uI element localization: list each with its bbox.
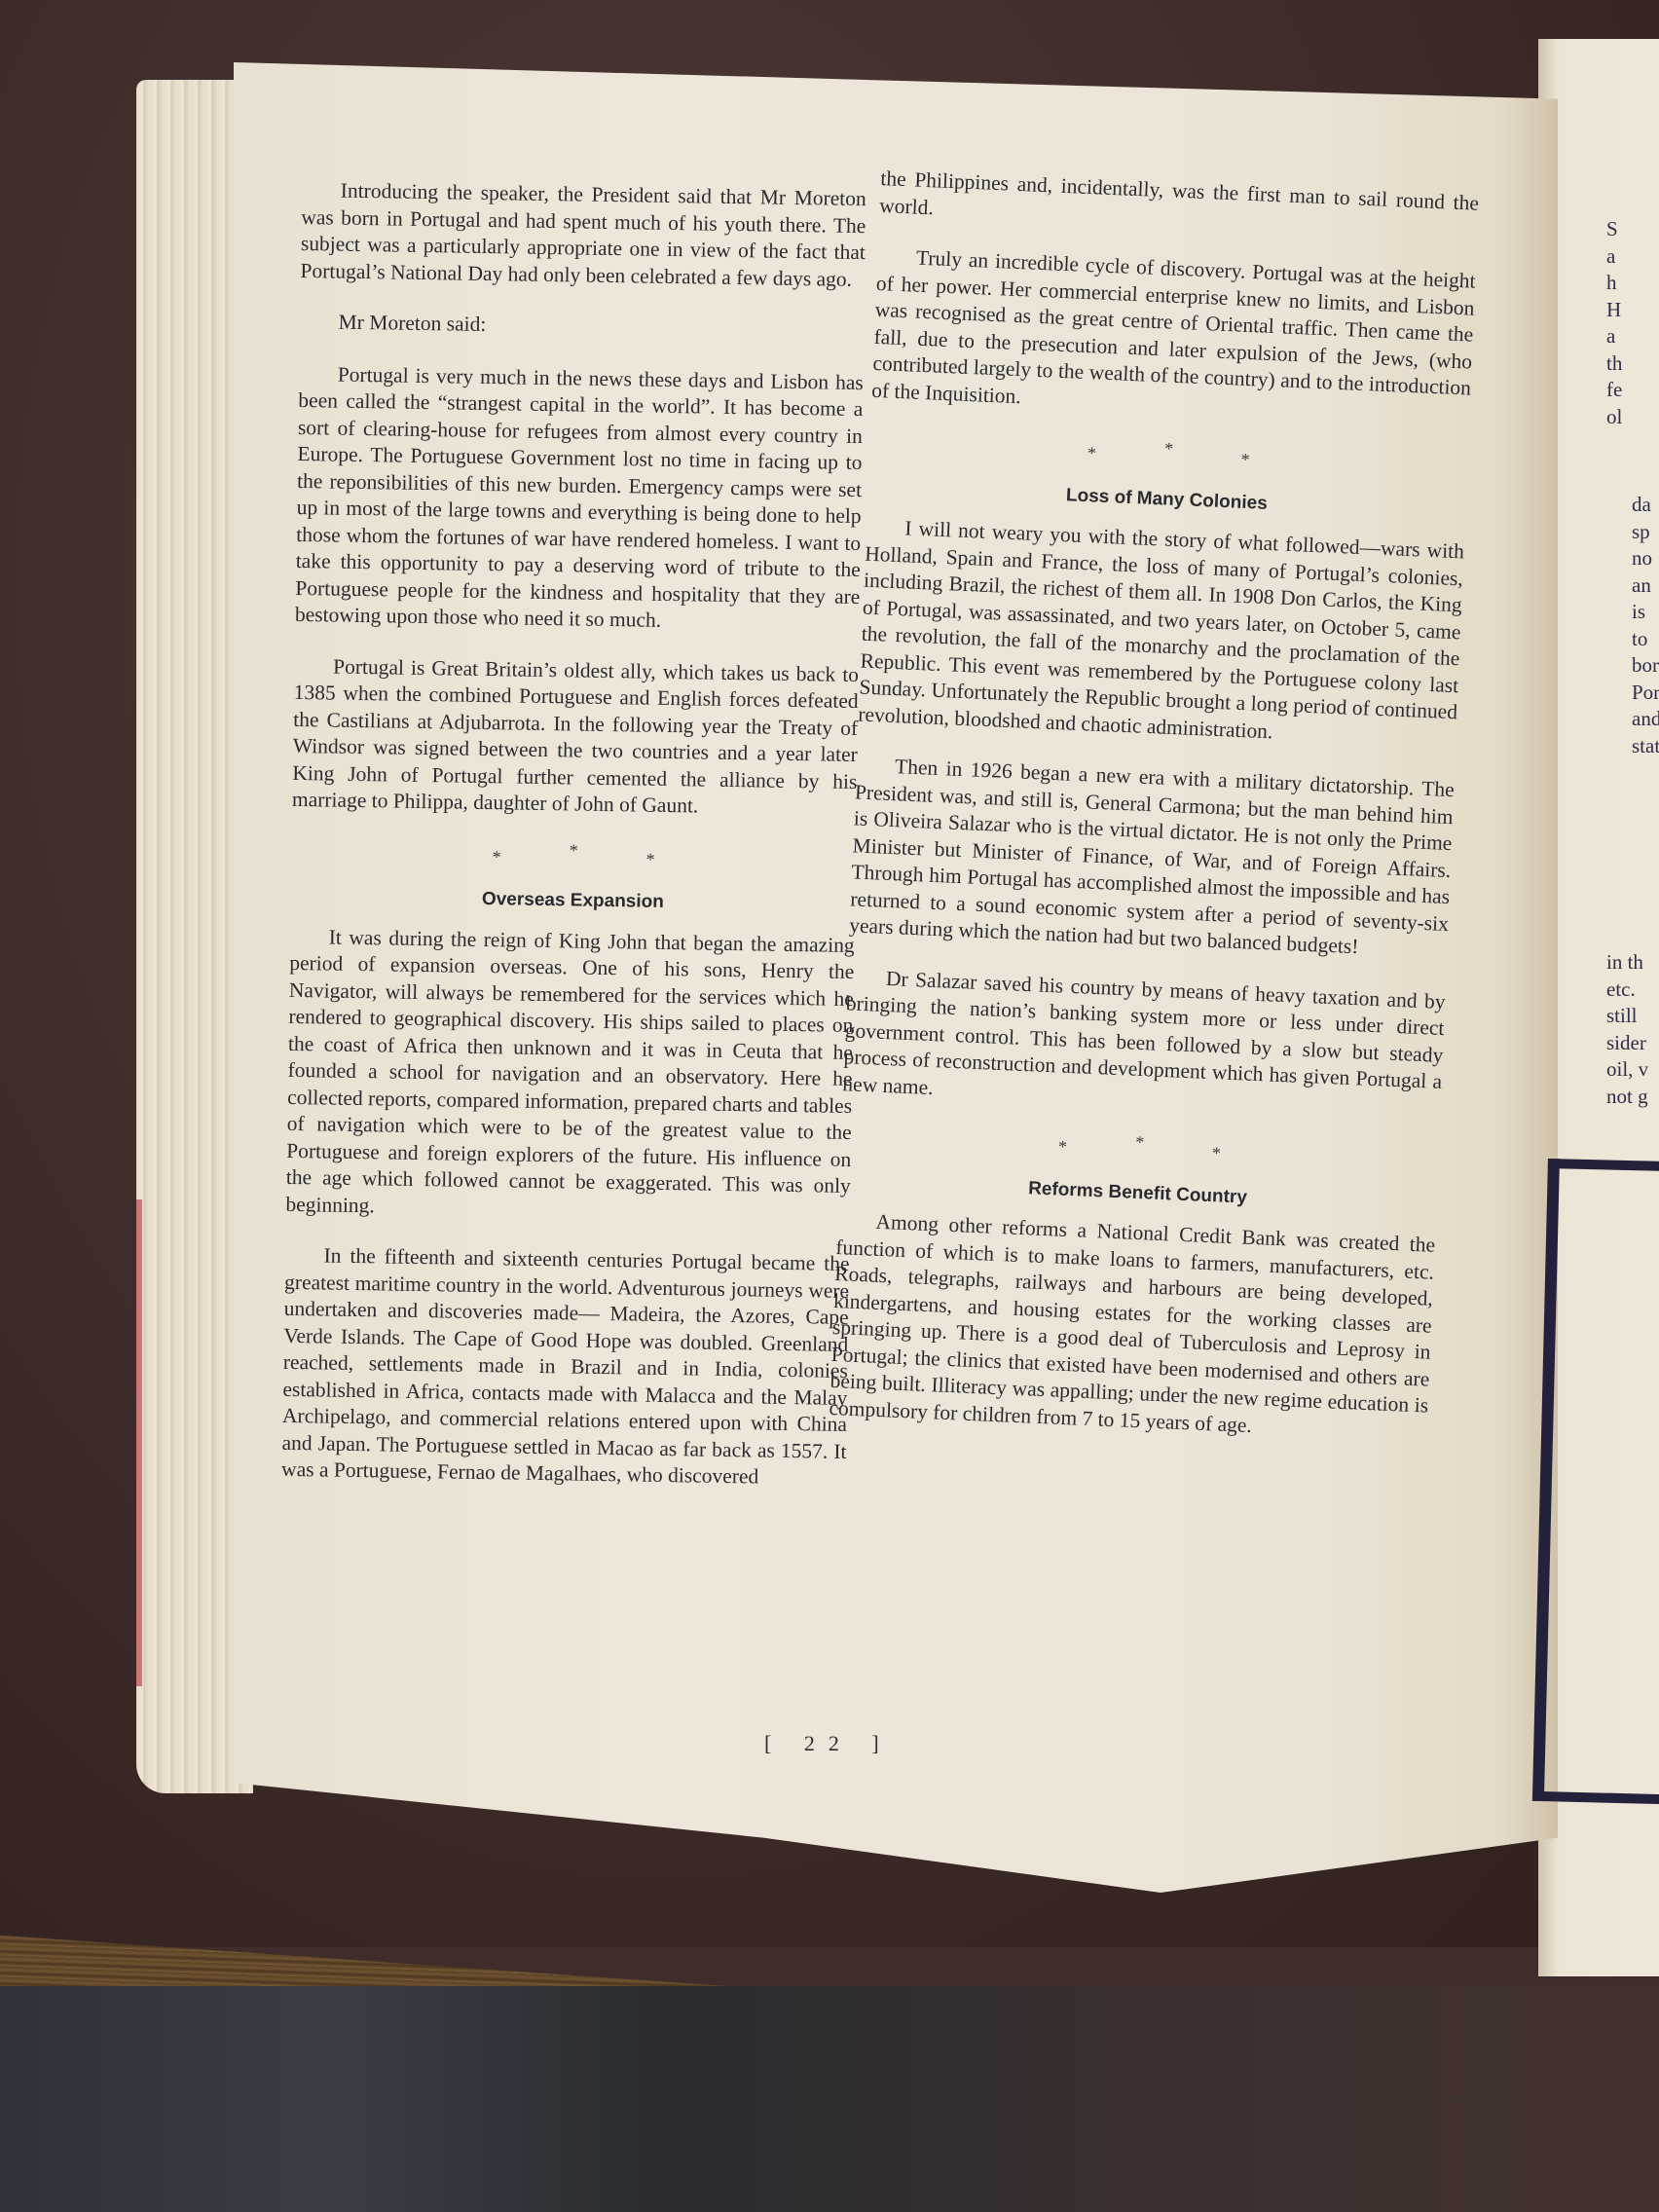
fragment: oil, v xyxy=(1606,1056,1659,1084)
paragraph-maritime: In the fifteenth and sixteenth centuries… xyxy=(281,1242,850,1493)
fragment: is xyxy=(1632,599,1659,626)
fragment: a xyxy=(1606,243,1659,271)
fragment: bor xyxy=(1632,652,1659,680)
asterisk: * xyxy=(1211,1140,1221,1167)
facing-page-text-lower: in th etc. still sider oil, v not g xyxy=(1606,949,1659,1110)
fragment: and xyxy=(1632,706,1659,733)
fragment: Por xyxy=(1632,680,1659,707)
fragment: etc. xyxy=(1606,977,1659,1004)
fragment: S xyxy=(1606,216,1659,243)
asterisk: * xyxy=(1163,435,1173,462)
section-separator: * * * xyxy=(840,1124,1440,1176)
fragment: sider xyxy=(1606,1030,1659,1057)
facing-page-text-middle: da sp no an is to bor Por and stat xyxy=(1632,492,1659,759)
fragment: no xyxy=(1632,545,1659,572)
fragment: an xyxy=(1632,572,1659,600)
asterisk: * xyxy=(492,844,500,871)
heading-overseas-expansion: Overseas Expansion xyxy=(290,883,855,919)
fragment: fe xyxy=(1606,377,1659,404)
asterisk: * xyxy=(1087,440,1096,467)
intro-paragraph: Introducing the speaker, the President s… xyxy=(300,177,866,293)
paragraph-reforms: Among other reforms a National Credit Ba… xyxy=(829,1207,1436,1447)
fragment: to xyxy=(1632,626,1659,653)
fragment: still xyxy=(1606,1003,1659,1030)
fragment: not g xyxy=(1606,1084,1659,1111)
paragraph-discovery-cycle: Truly an incredible cycle of discovery. … xyxy=(871,243,1476,429)
right-column: the Philippines and, incidentally, was t… xyxy=(828,166,1480,1471)
section-separator: * * * xyxy=(291,840,856,876)
fragment: sp xyxy=(1632,519,1659,546)
left-column: Introducing the speaker, the President s… xyxy=(281,177,866,1516)
paragraph-salazar: Dr Salazar saved his country by means of… xyxy=(842,964,1446,1123)
fragment: stat xyxy=(1632,733,1659,760)
paragraph-oldest-ally: Portugal is Great Britain’s oldest ally,… xyxy=(292,652,860,822)
facing-page-text-top: S a h H a th fe ol xyxy=(1606,216,1659,430)
paragraph-refugees: Portugal is very much in the news these … xyxy=(295,360,864,637)
fragment: ol xyxy=(1606,404,1659,431)
paragraph-henry-navigator: It was during the reign of King John tha… xyxy=(285,923,855,1227)
paragraph-dictatorship: Then in 1926 began a new era with a mili… xyxy=(849,752,1456,964)
asterisk: * xyxy=(1240,447,1250,474)
section-separator: * * * xyxy=(868,431,1468,483)
paragraph-colonies: I will not weary you with the story of w… xyxy=(858,514,1465,754)
speaker-line: Mr Moreton said: xyxy=(299,309,864,345)
fragment: in th xyxy=(1606,949,1659,977)
fragment: da xyxy=(1632,492,1659,519)
fragment: H xyxy=(1606,297,1659,324)
lap-background xyxy=(0,1986,1659,2212)
asterisk: * xyxy=(569,837,577,865)
fragment: h xyxy=(1606,270,1659,297)
facing-page-box-frame xyxy=(1532,1159,1659,1805)
page-number: [ 22 ] xyxy=(764,1731,893,1756)
fragment: a xyxy=(1606,323,1659,350)
asterisk: * xyxy=(1057,1134,1067,1161)
fragment: th xyxy=(1606,350,1659,378)
asterisk: * xyxy=(1135,1129,1145,1157)
asterisk: * xyxy=(645,846,654,873)
